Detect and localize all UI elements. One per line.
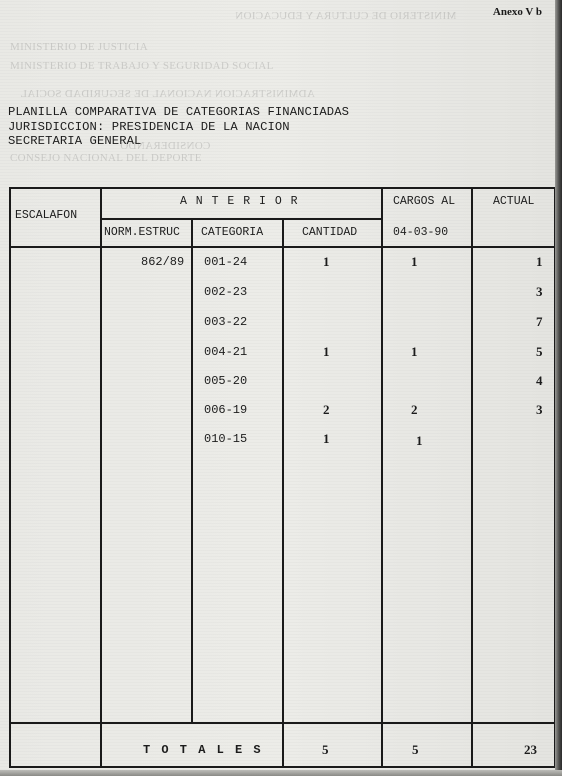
cell-cantidad: 1: [323, 431, 330, 447]
cell-categoria: 001-24: [204, 255, 247, 269]
totals-label: T O T A L E S: [143, 743, 263, 757]
totals-cargos-al: 5: [412, 742, 419, 758]
header-actual: ACTUAL: [493, 195, 534, 208]
scanned-page: MINISTERIO DE CULTURA Y EDUCACION MINIST…: [0, 0, 556, 770]
col-divider-escalafon: [100, 187, 102, 767]
cell-cargos-al: 1: [416, 433, 423, 449]
header-cargos-al: CARGOS AL: [393, 195, 455, 208]
page-bottom-edge: [0, 770, 562, 776]
col-divider-norm: [191, 218, 193, 723]
comparison-table: ESCALAFON A N T E R I O R NORM.ESTRUC CA…: [0, 0, 562, 776]
header-anterior: A N T E R I O R: [180, 195, 299, 208]
cell-categoria: 006-19: [204, 403, 247, 417]
cell-norm-estruc: 862/89: [141, 255, 184, 269]
header-escalafon: ESCALAFON: [15, 209, 77, 222]
col-divider-cargos: [471, 187, 473, 767]
header-norm-estruc: NORM.ESTRUC: [104, 226, 180, 239]
header-cargos-date: 04-03-90: [393, 226, 448, 239]
table-border-left: [9, 187, 11, 767]
cell-cantidad: 2: [323, 402, 330, 418]
cell-actual: 1: [536, 254, 543, 270]
cell-actual: 4: [536, 373, 543, 389]
cell-cantidad: 1: [323, 344, 330, 360]
cell-actual: 5: [536, 344, 543, 360]
cell-cargos-al: 1: [411, 344, 418, 360]
cell-actual: 3: [536, 402, 543, 418]
totals-cantidad: 5: [322, 742, 329, 758]
header-cantidad: CANTIDAD: [302, 226, 357, 239]
cell-actual: 3: [536, 284, 543, 300]
cell-cantidad: 1: [323, 254, 330, 270]
page-edge-shadow: [555, 0, 562, 776]
col-divider-cantidad: [381, 187, 383, 767]
table-border-top: [9, 187, 555, 189]
totals-actual: 23: [524, 742, 537, 758]
anterior-divider: [100, 218, 381, 220]
cell-categoria: 004-21: [204, 345, 247, 359]
cell-categoria: 005-20: [204, 374, 247, 388]
cell-categoria: 003-22: [204, 315, 247, 329]
cell-categoria: 010-15: [204, 432, 247, 446]
cell-actual: 7: [536, 314, 543, 330]
header-categoria: CATEGORIA: [201, 226, 263, 239]
cell-categoria: 002-23: [204, 285, 247, 299]
cell-cargos-al: 2: [411, 402, 418, 418]
cell-cargos-al: 1: [411, 254, 418, 270]
col-divider-categoria: [282, 218, 284, 767]
